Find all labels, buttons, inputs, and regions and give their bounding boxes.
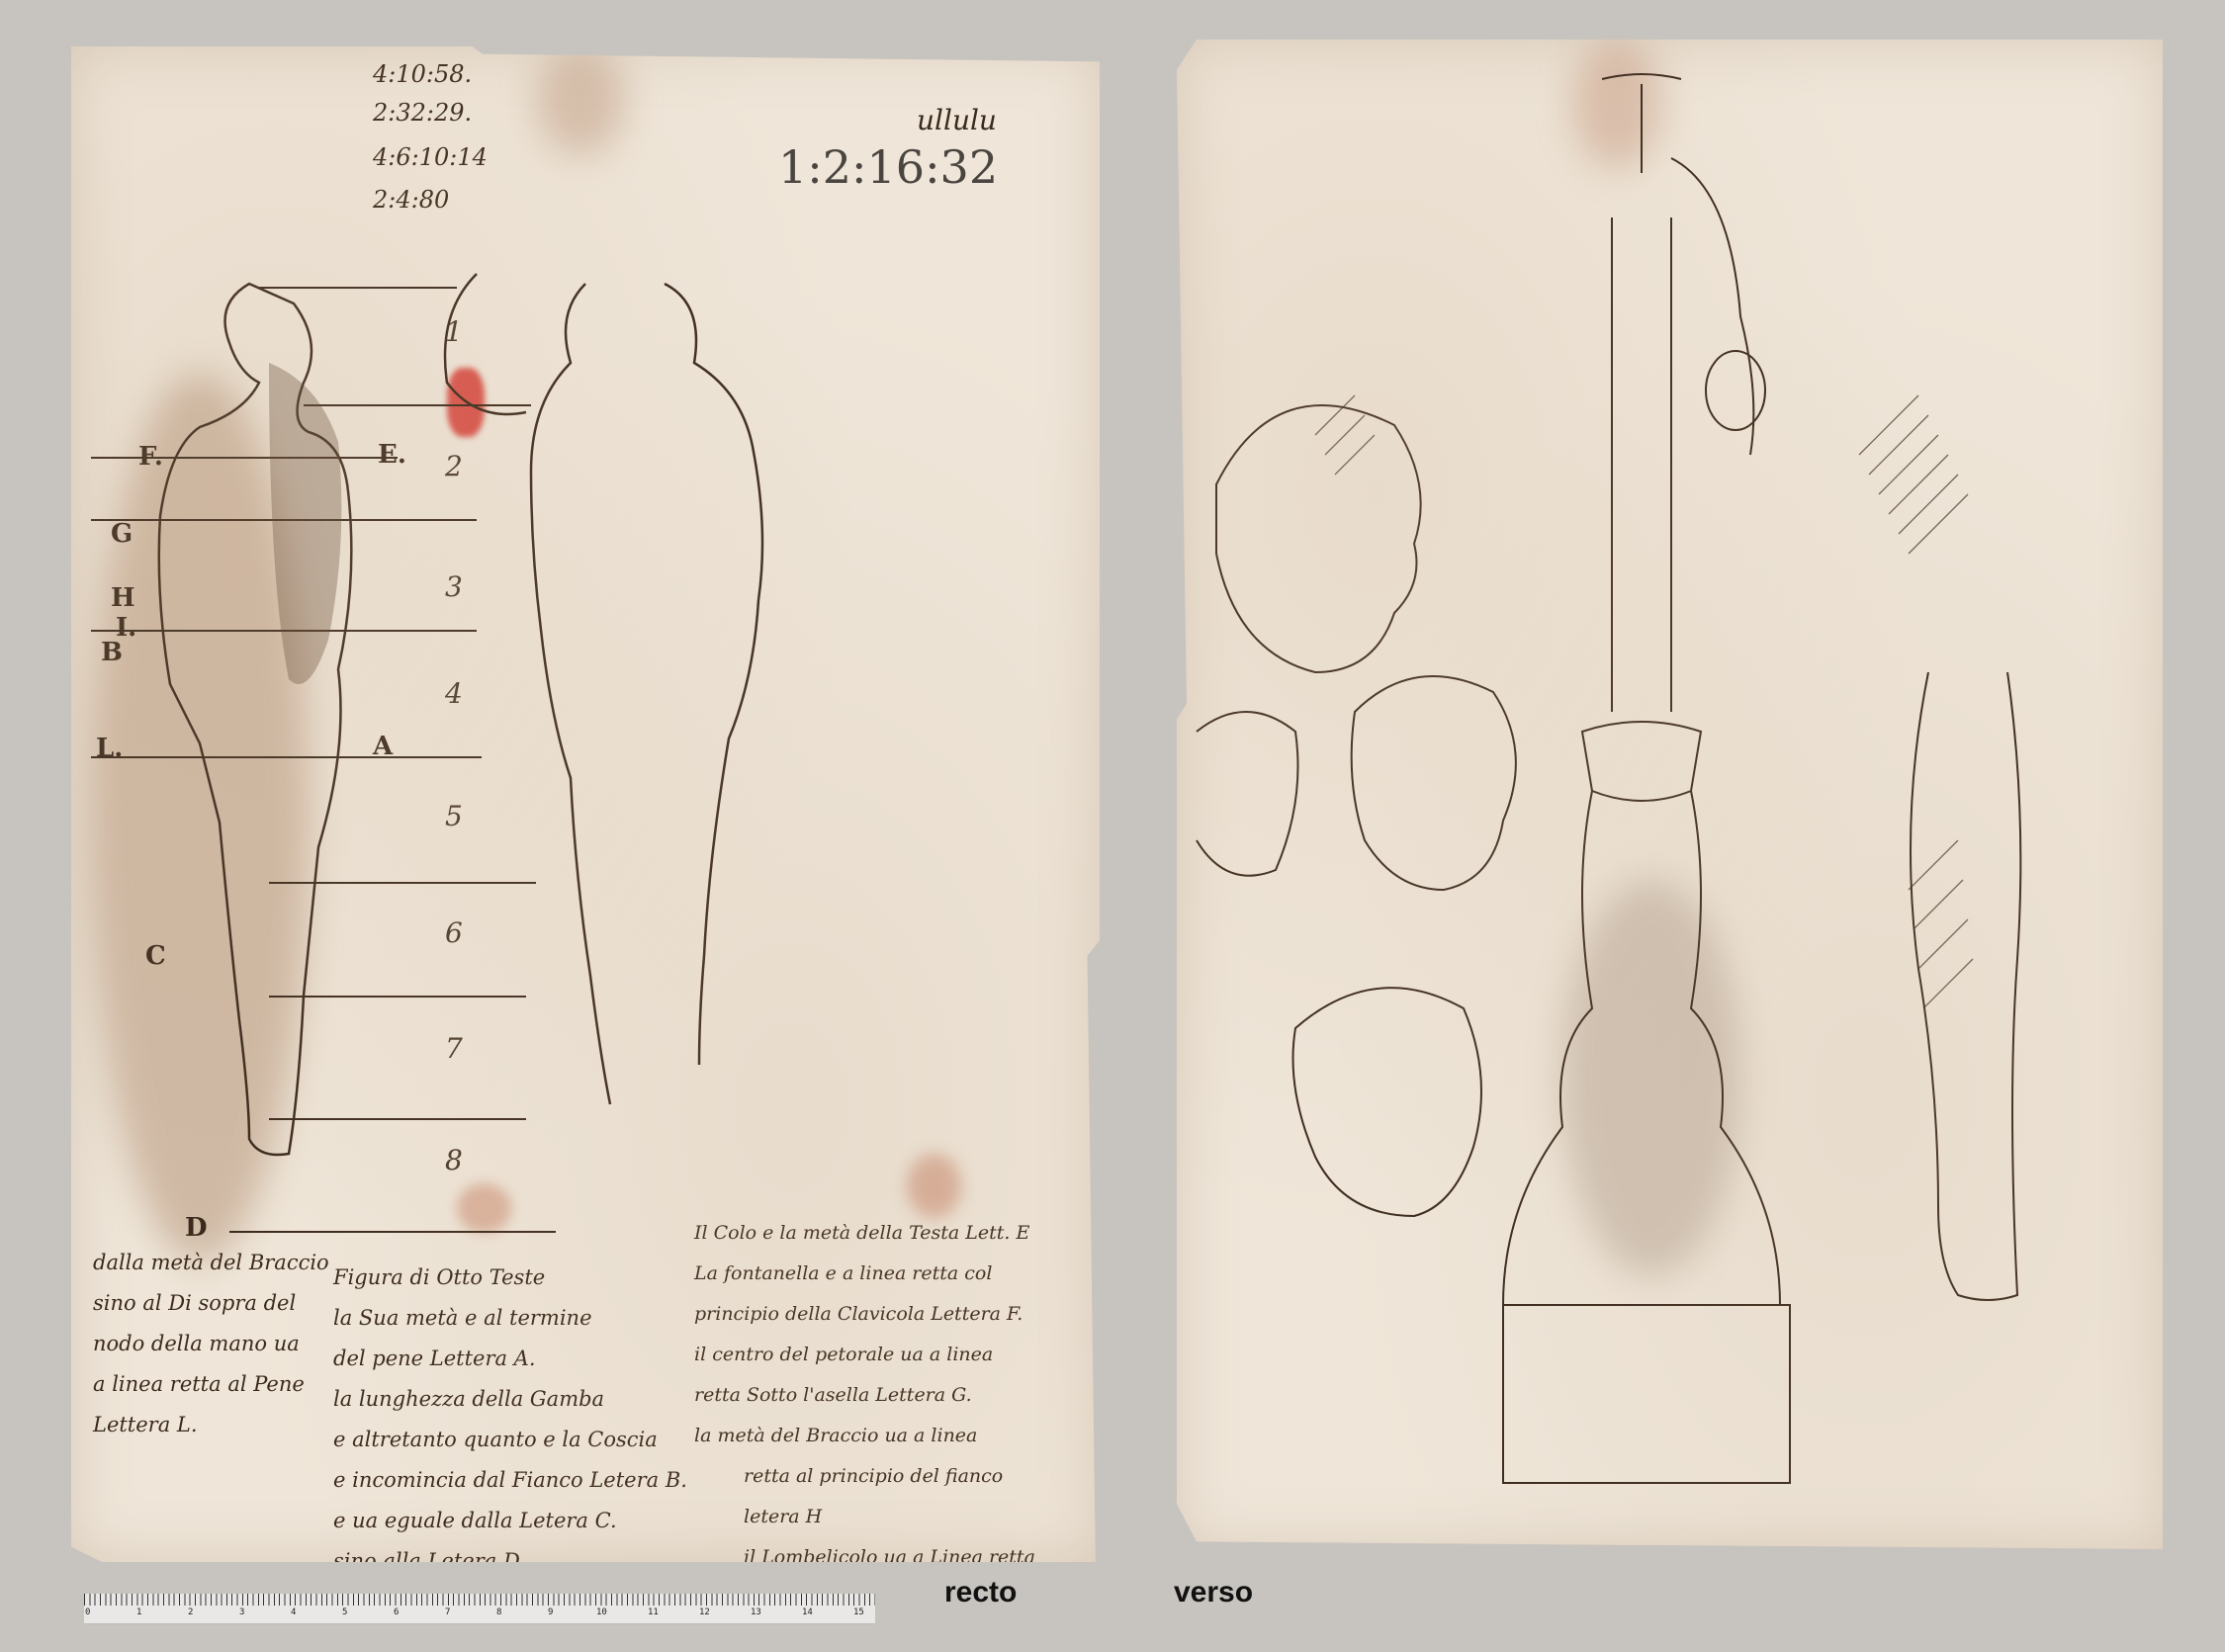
ruler-tick-3: 3 (239, 1608, 244, 1617)
ruler-tick-1: 1 (136, 1608, 141, 1617)
ruler-tick-14: 14 (802, 1608, 813, 1617)
note-line: sino alla Letera D. (333, 1541, 687, 1582)
note-line: retta al principio del fianco (694, 1456, 1035, 1497)
note-line: retta Sotto l'asella Lettera G. (694, 1375, 1035, 1416)
recto-label: recto (944, 1576, 1017, 1609)
note-line: a linea retta al Pene (93, 1364, 329, 1405)
note-line: e incomincia dal Fianco Letera B. (333, 1460, 687, 1501)
note-line: sino al Di sopra del (93, 1283, 329, 1324)
note-line: e altretanto quanto e la Coscia (333, 1420, 687, 1460)
ruler-tick-12: 12 (699, 1608, 710, 1617)
ruler-tick-11: 11 (648, 1608, 659, 1617)
note-line: principio della Clavicola Lettera F. (694, 1294, 1035, 1335)
candelabrum-and-heads-drawing (1177, 40, 2163, 1549)
ruler-tick-7: 7 (445, 1608, 450, 1617)
ruler-tick-0: 0 (85, 1608, 90, 1617)
ruler-tick-8: 8 (496, 1608, 501, 1617)
note-line: del pene Lettera A. (333, 1339, 687, 1379)
note-line: il Lombelicolo ua a Linea retta (694, 1537, 1035, 1578)
verso-label: verso (1174, 1576, 1253, 1609)
ruler-tick-9: 9 (548, 1608, 553, 1617)
note-line: nodo della mano ua (93, 1324, 329, 1364)
ruler-tick-13: 13 (751, 1608, 761, 1617)
ruler-tick-4: 4 (291, 1608, 296, 1617)
verso-sheet (1177, 40, 2163, 1549)
note-line: la lunghezza della Gamba (333, 1379, 687, 1420)
note-line: La fontanella e a linea retta col (694, 1254, 1035, 1294)
notes-right-column: Il Colo e la metà della Testa Lett. E La… (694, 1213, 1035, 1618)
recto-sheet: 4:10:58. 2:32:29. 4:6:10:14 2:4:80 1:2:1… (71, 46, 1100, 1562)
note-line: e ua eguale dalla Letera C. (333, 1501, 687, 1541)
ruler-tick-15: 15 (853, 1608, 864, 1617)
note-line: Figura di Otto Teste (333, 1258, 687, 1298)
ruler-tick-5: 5 (342, 1608, 347, 1617)
note-line: la metà del Braccio ua a linea (694, 1416, 1035, 1456)
note-line: Il Colo e la metà della Testa Lett. E (694, 1213, 1035, 1254)
ruler-tick-10: 10 (596, 1608, 607, 1617)
ruler-tick-2: 2 (188, 1608, 193, 1617)
ruler-tick-6: 6 (394, 1608, 399, 1617)
note-line: Lettera L. (93, 1405, 329, 1445)
note-line: la Sua metà e al termine (333, 1298, 687, 1339)
measurement-ruler: 0 1 2 3 4 5 6 7 8 9 10 11 12 13 14 15 (84, 1594, 875, 1624)
notes-center-column: Figura di Otto Teste la Sua metà e al te… (333, 1258, 687, 1582)
note-line: dalla metà del Braccio (93, 1243, 329, 1283)
note-line: il centro del petorale ua a linea (694, 1335, 1035, 1375)
note-line: letera H (694, 1497, 1035, 1537)
notes-left-column: dalla metà del Braccio sino al Di sopra … (93, 1243, 329, 1445)
